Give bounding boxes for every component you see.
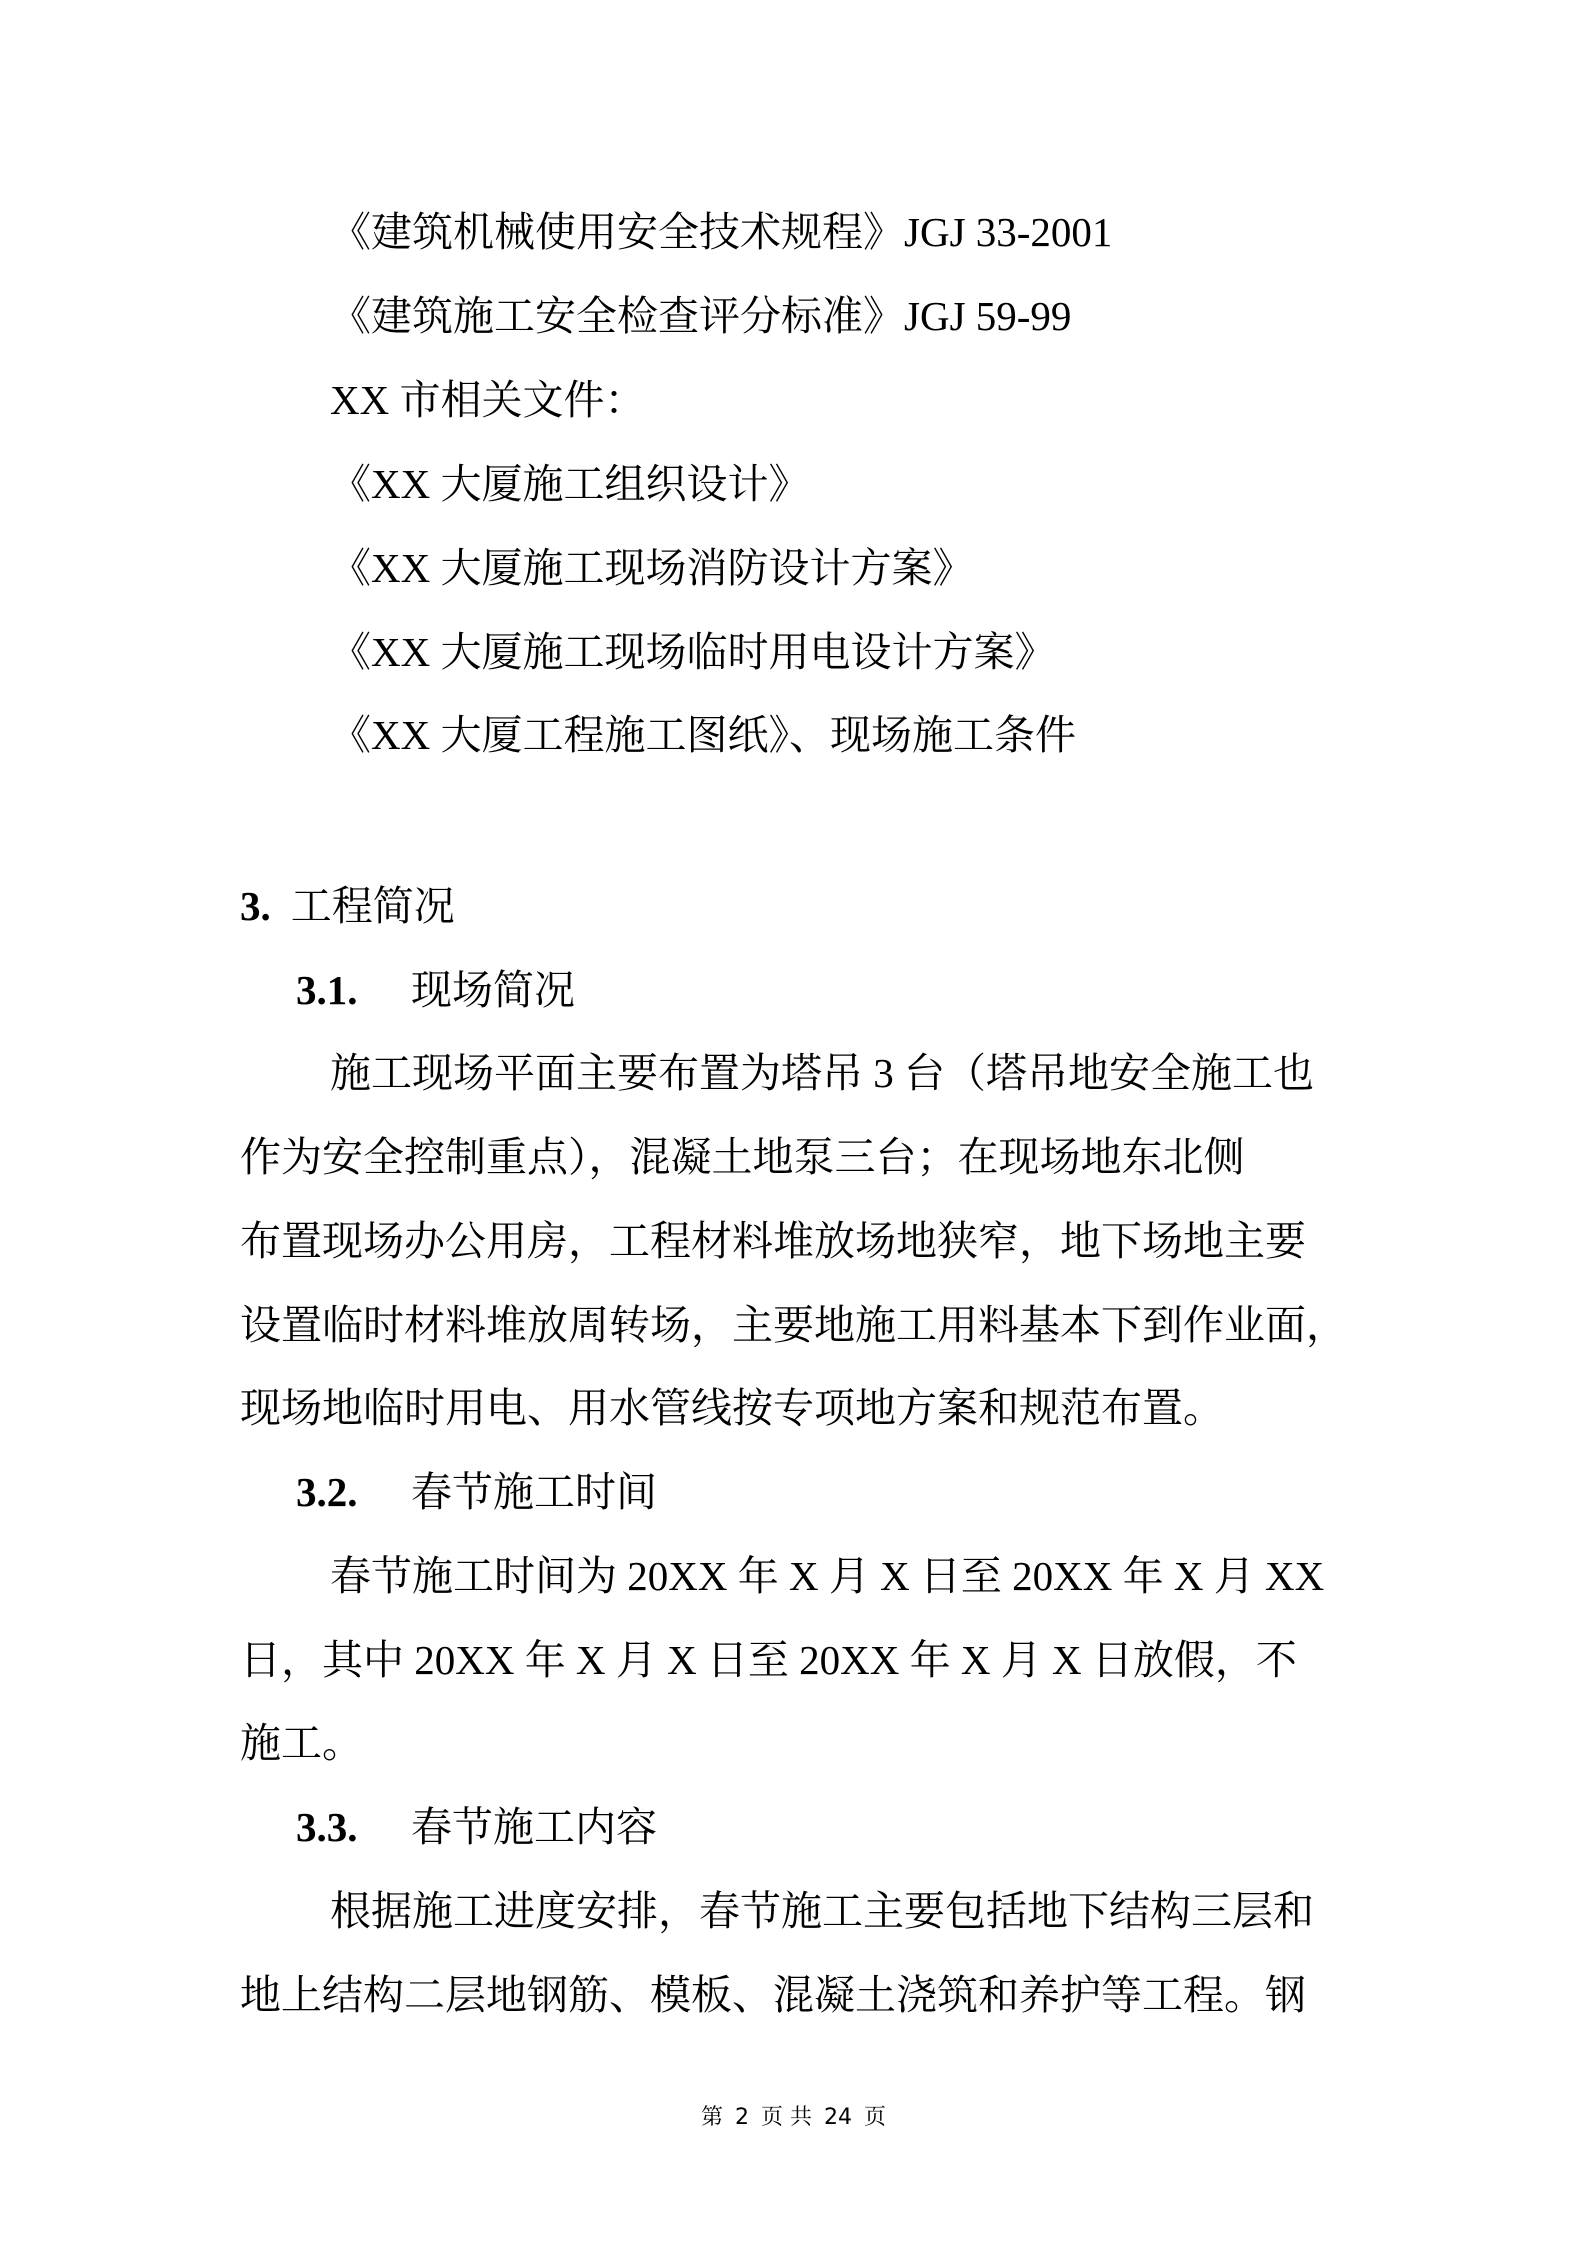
subsection-number: 3.3.	[296, 1802, 411, 1852]
city-doc-line: 《XX 大厦施工现场临时用电设计方案》	[330, 627, 1055, 677]
paragraph-line: 现场地临时用电、用水管线按专项地方案和规范布置。	[240, 1383, 1356, 1433]
subsection-title: 春节施工内容	[411, 1804, 657, 1850]
subsection-number: 3.1.	[296, 965, 411, 1015]
city-docs-label: XX 市相关文件：	[330, 375, 645, 425]
footer-mid: 页 共	[761, 2105, 812, 2130]
paragraph-line: 施工现场平面主要布置为塔吊 3 台（塔吊地安全施工也	[330, 1048, 1446, 1098]
section-title: 工程简况	[291, 883, 455, 929]
paragraph-line: 根据施工进度安排，春节施工主要包括地下结构三层和	[330, 1886, 1446, 1936]
paragraph-line: 地上结构二层地钢筋、模板、混凝土浇筑和养护等工程。钢	[240, 1970, 1356, 2020]
city-doc-line: 《XX 大厦施工现场消防设计方案》	[330, 543, 973, 593]
total-pages: 24	[824, 2105, 852, 2130]
paragraph-line: 日，其中 20XX 年 X 月 X 日至 20XX 年 X 月 X 日放假，不	[240, 1635, 1356, 1685]
section-number: 3.	[240, 883, 271, 929]
paragraph-line: 布置现场办公用房，工程材料堆放场地狭窄，地下场地主要	[240, 1216, 1356, 1266]
footer-prefix: 第	[701, 2105, 723, 2130]
subsection-heading: 3.2.春节施工时间	[296, 1467, 657, 1517]
subsection-heading: 3.3.春节施工内容	[296, 1802, 657, 1852]
current-page-number: 2	[735, 2105, 749, 2130]
reference-line: 《建筑机械使用安全技术规程》JGJ 33-2001	[330, 207, 1112, 257]
subsection-number: 3.2.	[296, 1467, 411, 1517]
city-doc-line: 《XX 大厦施工组织设计》	[330, 459, 809, 509]
subsection-title: 春节施工时间	[411, 1469, 657, 1515]
section-heading: 3.工程简况	[240, 881, 455, 931]
city-doc-line: 《XX 大厦工程施工图纸》、现场施工条件	[330, 710, 1076, 760]
subsection-heading: 3.1.现场简况	[296, 965, 575, 1015]
paragraph-line: 作为安全控制重点），混凝土地泵三台；在现场地东北侧	[240, 1132, 1356, 1182]
paragraph-line: 春节施工时间为 20XX 年 X 月 X 日至 20XX 年 X 月 XX	[330, 1551, 1446, 1601]
paragraph-line: 施工。	[240, 1718, 1356, 1768]
paragraph-line: 设置临时材料堆放周转场，主要地施工用料基本下到作业面，	[240, 1300, 1356, 1350]
reference-line: 《建筑施工安全检查评分标准》JGJ 59-99	[330, 291, 1071, 341]
footer-suffix: 页	[864, 2105, 886, 2130]
subsection-title: 现场简况	[411, 967, 575, 1013]
page-footer: 第2页 共24页	[0, 2100, 1587, 2131]
